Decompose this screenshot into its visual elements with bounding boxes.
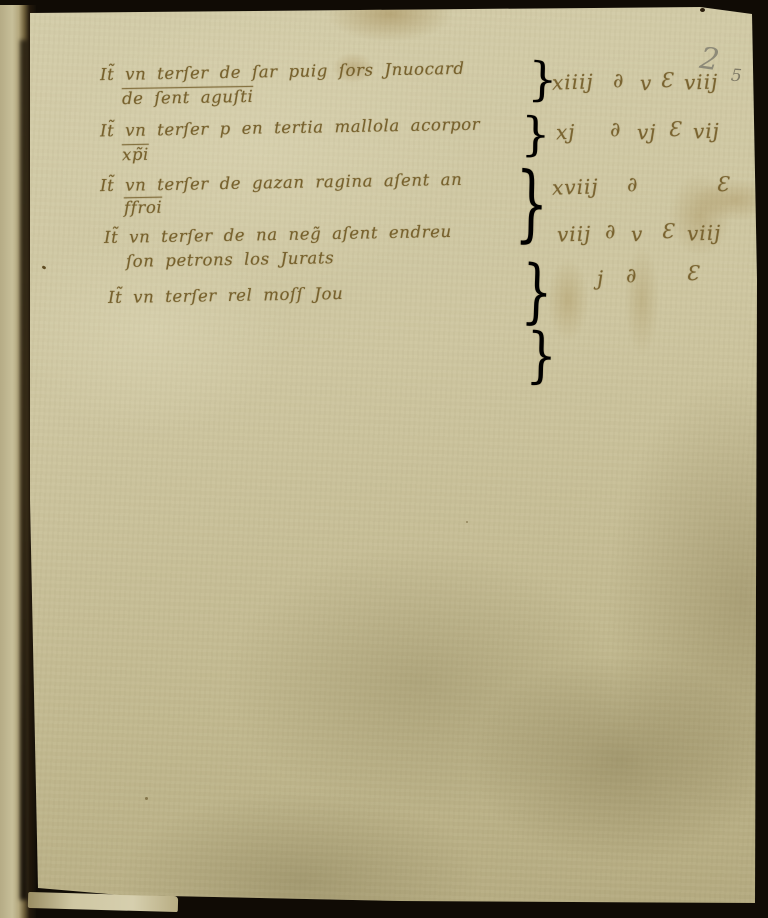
amount-token: vj — [637, 122, 657, 143]
entry-2-line-2: xp̃i — [122, 147, 149, 164]
entry-4-line-1: It̃ vn terſer de na neg̃ aſent endreu — [104, 224, 452, 247]
amount-token: j — [597, 268, 605, 288]
amount-token: vij — [693, 121, 721, 142]
entry-5-line-1: It̃ vn terſer rel moſſ Jou — [108, 286, 344, 307]
edge-speck — [700, 8, 705, 12]
amount-token: ∂ — [626, 265, 638, 285]
entry-1-line-2: de ſent aguſti — [122, 89, 254, 108]
amount-token: Ɛ — [660, 70, 674, 90]
ink-speck — [42, 265, 47, 270]
ink-speck — [145, 797, 148, 800]
entry-3-line-1: It̃ vn terſer de gazan ragina aſent an — [100, 172, 463, 195]
gutter-shadow — [20, 40, 28, 900]
entry-2-line-1: It̃ vn terſer p en tertia mallola acorpo… — [100, 117, 480, 140]
entry-3-line-2: ffroi — [124, 200, 163, 217]
entry-4-brace: } — [520, 256, 553, 328]
amount-token: Ɛ — [716, 174, 730, 194]
entry-2-brace: } — [521, 111, 551, 158]
amount-token: Ɛ — [668, 119, 682, 139]
amount-token: xviij — [552, 176, 599, 198]
amount-token: ∂ — [613, 70, 625, 90]
amount-token: ∂ — [627, 174, 639, 194]
ink-speck — [466, 521, 468, 523]
parchment-page: It̃ vn terſer de ſar puig ſors Jnuocard … — [0, 0, 768, 918]
amount-token: v — [631, 224, 644, 244]
entry-5-brace: } — [525, 325, 557, 386]
amount-token: xj — [556, 122, 576, 143]
entry-4-line-2: ſon petrons los Jurats — [126, 250, 334, 270]
amount-token: viij — [557, 223, 592, 244]
entry-3-brace: } — [514, 162, 549, 247]
amount-token: xiiij — [552, 71, 594, 92]
amount-token: ∂ — [605, 221, 617, 241]
amount-token: Ɛ — [661, 221, 675, 241]
amount-token: viij — [687, 222, 722, 243]
amount-token: Ɛ — [686, 263, 700, 283]
folio-number: 5 — [730, 66, 742, 87]
entry-1-line-1: It̃ vn terſer de ſar puig ſors Jnuocard — [100, 61, 465, 84]
amount-token: ∂ — [610, 119, 622, 139]
amount-token: v — [640, 73, 653, 93]
